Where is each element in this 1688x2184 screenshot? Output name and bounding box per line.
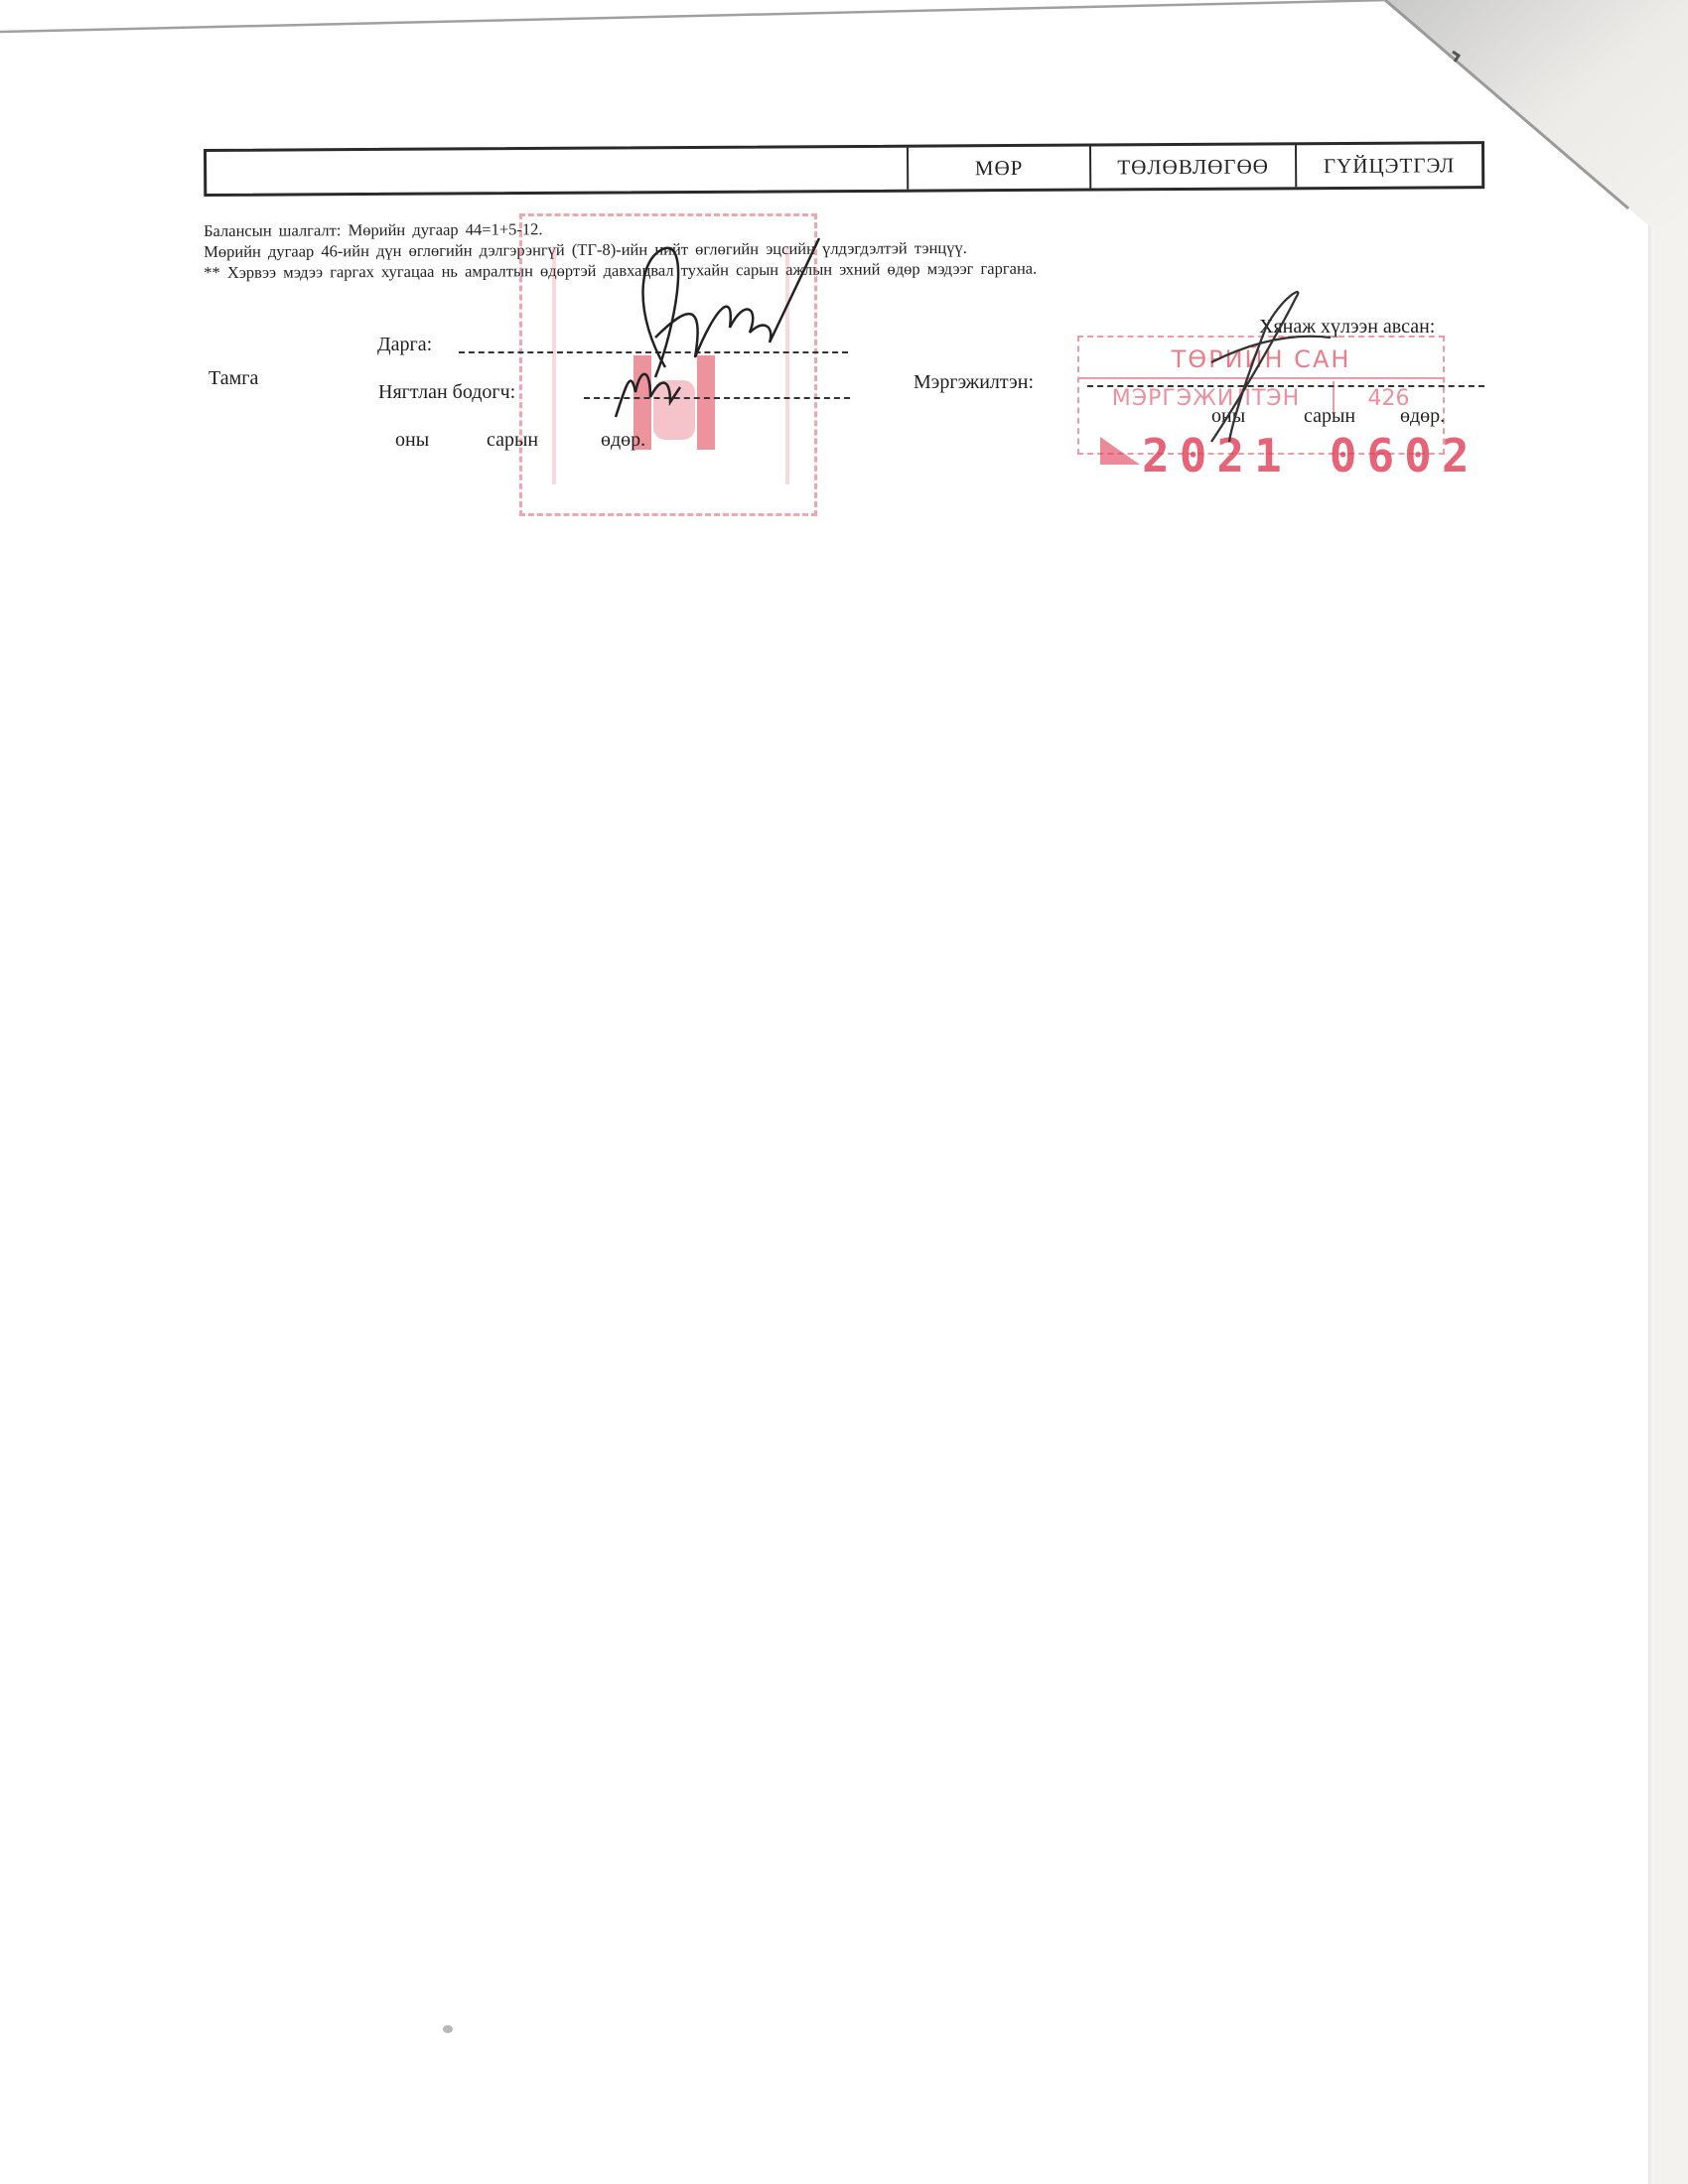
date-stamp-year: 2021: [1142, 429, 1292, 482]
table-header-actual: ГҮЙЦЭТГЭЛ: [1295, 144, 1481, 187]
director-signature-line: [459, 351, 848, 353]
specialist-signature-line: [1087, 385, 1484, 387]
seal-label: Тамга: [209, 367, 258, 390]
accountant-label: Нягтлан бодогч:: [378, 381, 515, 404]
specialist-label: Мэргэжилтэн:: [914, 371, 1034, 394]
official-seal-stamp: [519, 213, 817, 516]
table-header-row-number: МӨР: [907, 147, 1089, 190]
table-cell-description: [207, 148, 907, 194]
date-year-right: оны: [1211, 405, 1245, 428]
date-day-right: өдөр.: [1400, 405, 1445, 428]
treasury-stamp-title: ТӨРИЙН САН: [1079, 341, 1443, 379]
director-label: Дарга:: [377, 334, 432, 356]
date-year-left: оны: [395, 429, 429, 452]
page-edge-band: [1653, 0, 1688, 2184]
date-month-left: сарын: [487, 429, 538, 452]
page-edge-shadow: [1648, 218, 1654, 2184]
accountant-signature-line: [584, 397, 850, 399]
date-stamp-month: 06: [1330, 429, 1404, 482]
received-label: Хянаж хүлээн авсан:: [1259, 316, 1435, 339]
scan-smudge: [443, 2025, 453, 2033]
report-table-header: МӨР ТӨЛӨВЛӨГӨӨ ГҮЙЦЭТГЭЛ: [204, 141, 1484, 197]
table-header-plan: ТӨЛӨВЛӨГӨӨ: [1089, 145, 1295, 188]
date-day-left: өдөр.: [601, 429, 645, 452]
date-stamp-arrow-icon: [1100, 437, 1140, 465]
date-stamp-day: 02: [1404, 429, 1478, 482]
date-stamp: 20210602: [1142, 429, 1479, 482]
date-month-right: сарын: [1304, 405, 1355, 428]
